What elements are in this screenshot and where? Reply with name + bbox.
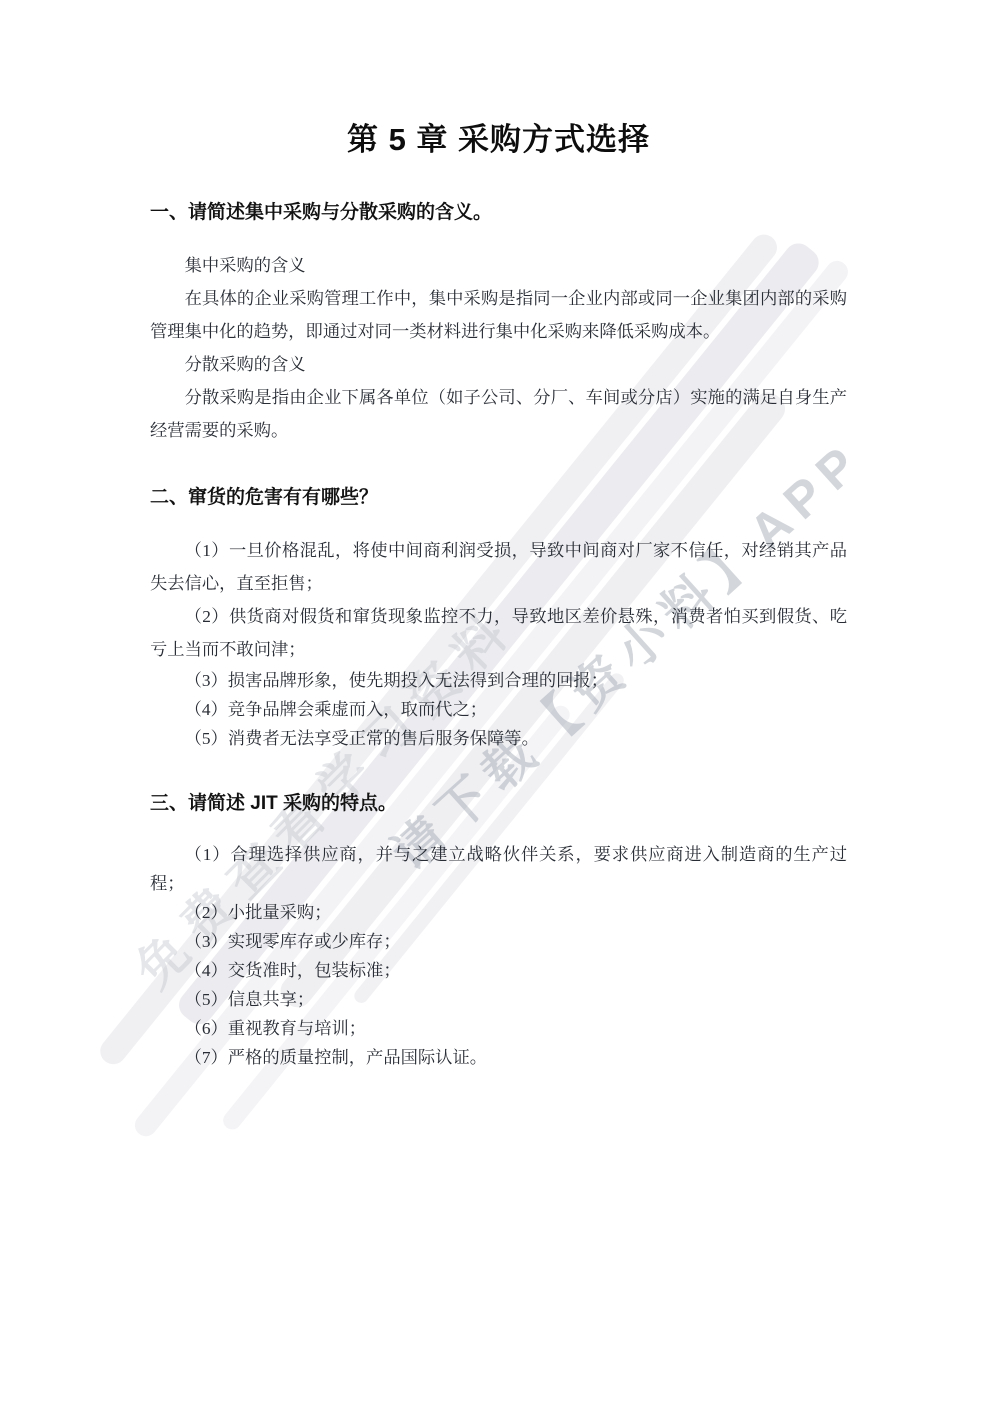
answer-paragraph: 分散采购的含义 — [150, 348, 847, 381]
chapter-title: 第 5 章 采购方式选择 — [150, 118, 847, 162]
answer-item: （1）一旦价格混乱，将使中间商利润受损，导致中间商对厂家不信任，对经销其产品失去… — [150, 534, 847, 600]
answer-item: （4）竞争品牌会乘虚而入，取而代之； — [150, 695, 847, 724]
answer-item: （1）合理选择供应商，并与之建立战略伙伴关系，要求供应商进入制造商的生产过程； — [150, 840, 847, 898]
answer-paragraph: 在具体的企业采购管理工作中，集中采购是指同一企业内部或同一企业集团内部的采购管理… — [150, 282, 847, 348]
section-3: 三、请简述 JIT 采购的特点。 （1）合理选择供应商，并与之建立战略伙伴关系，… — [150, 791, 847, 1072]
section-heading: 一、请简述集中采购与分散采购的含义。 — [150, 200, 847, 226]
answer-item: （2）小批量采购； — [150, 898, 847, 927]
answer-item: （7）严格的质量控制，产品国际认证。 — [150, 1043, 847, 1072]
answer-item: （6）重视教育与培训； — [150, 1014, 847, 1043]
section-1: 一、请简述集中采购与分散采购的含义。 集中采购的含义 在具体的企业采购管理工作中… — [150, 200, 847, 447]
section-heading: 二、窜货的危害有有哪些？ — [150, 485, 847, 511]
answer-paragraph: 分散采购是指由企业下属各单位（如子公司、分厂、车间或分店）实施的满足自身生产经营… — [150, 381, 847, 447]
section-heading: 三、请简述 JIT 采购的特点。 — [150, 791, 847, 817]
document-page: 免费查看学习资料 请下载【资小料】APP 第 5 章 采购方式选择 一、请简述集… — [0, 0, 993, 1404]
answer-item: （3）损害品牌形象，使先期投入无法得到合理的回报； — [150, 666, 847, 695]
answer-item: （5）信息共享； — [150, 985, 847, 1014]
answer-item: （5）消费者无法享受正常的售后服务保障等。 — [150, 724, 847, 753]
page-content: 第 5 章 采购方式选择 一、请简述集中采购与分散采购的含义。 集中采购的含义 … — [150, 0, 847, 1072]
answer-item: （4）交货准时，包装标准； — [150, 956, 847, 985]
answer-item: （3）实现零库存或少库存； — [150, 927, 847, 956]
answer-item: （2）供货商对假货和窜货现象监控不力，导致地区差价悬殊，消费者怕买到假货、吃亏上… — [150, 600, 847, 666]
answer-paragraph: 集中采购的含义 — [150, 249, 847, 282]
section-2: 二、窜货的危害有有哪些？ （1）一旦价格混乱，将使中间商利润受损，导致中间商对厂… — [150, 485, 847, 753]
